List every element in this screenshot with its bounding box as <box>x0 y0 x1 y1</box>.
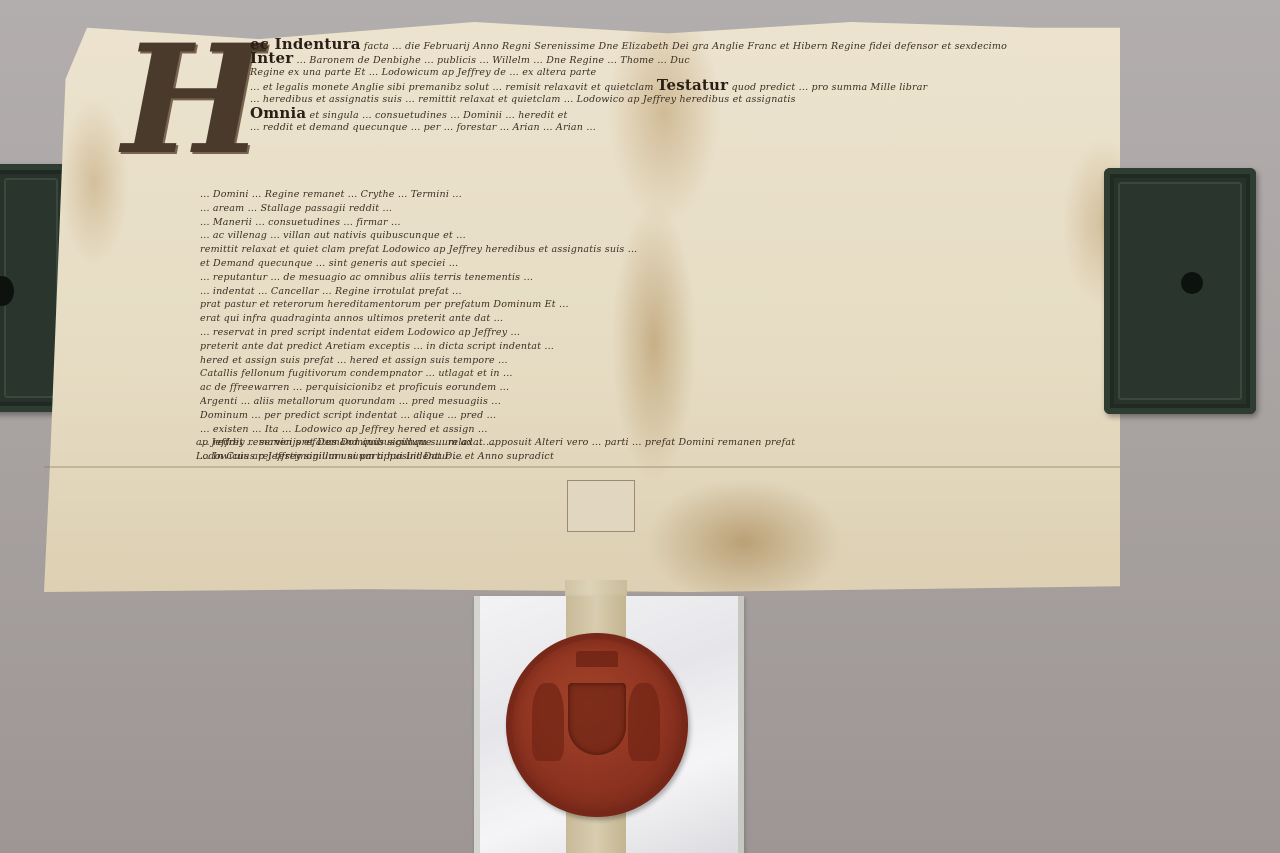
manuscript-line: Regine ex una parte Et ... Lodowicum ap … <box>250 66 1110 80</box>
manuscript-line: ap Jeffrey remanen prefatus Dominus sigi… <box>196 436 896 450</box>
manuscript-line: erat qui infra quadraginta annos ultimos… <box>200 312 1110 326</box>
manuscript-line: ... reservat in pred script indentat eid… <box>200 326 1110 340</box>
weight-panel <box>1118 182 1242 400</box>
manuscript-line: prat pastur et reterorum hereditamentoru… <box>200 298 1110 312</box>
manuscript-text-upper: ec Indentura facta ... die Februarij Ann… <box>250 38 1110 135</box>
manuscript-text-closing: ap Jeffrey remanen prefatus Dominus sigi… <box>196 436 896 464</box>
heraldic-supporter-right-icon <box>628 683 660 761</box>
manuscript-line: Omnia et singula ... consuetudines ... D… <box>250 107 1110 121</box>
heraldic-supporter-left-icon <box>532 683 564 761</box>
manuscript-line: Lodowicus ap Jeffrey sigillum suum appos… <box>196 450 896 464</box>
manuscript-line: Argenti ... aliis metallorum quorundam .… <box>200 395 1110 409</box>
manuscript-line: Dominum ... per predict script indentat … <box>200 409 1110 423</box>
crown-icon <box>576 651 618 667</box>
manuscript-line: ... heredibus et assignatis suis ... rem… <box>250 93 1110 107</box>
illuminated-initial: H <box>122 30 252 170</box>
manuscript-text-lower: ... Domini ... Regine remanet ... Crythe… <box>200 188 1110 464</box>
manuscript-line: ... ac villenag ... villan aut nativis q… <box>200 229 1110 243</box>
manuscript-line: ac de ffreewarren ... perquisicionibz et… <box>200 381 1110 395</box>
seal-tag-slot <box>567 480 635 532</box>
manuscript-line: remittit relaxat et quiet clam prefat Lo… <box>200 243 1110 257</box>
right-document-weight <box>1104 168 1256 414</box>
manuscript-line: ... Manerii ... consuetudines ... firmar… <box>200 216 1110 230</box>
manuscript-line: ... indentat ... Cancellar ... Regine ir… <box>200 285 1110 299</box>
manuscript-line: Catallis fellonum fugitivorum condempnat… <box>200 367 1110 381</box>
manuscript-line: ... reputantur ... de mesuagio ac omnibu… <box>200 271 1110 285</box>
red-wax-seal <box>506 633 688 817</box>
manuscript-line: ... Domini ... Regine remanet ... Crythe… <box>200 188 1110 202</box>
parchment-fold-line <box>44 466 1120 468</box>
manuscript-line: ... et legalis monete Anglie sibi preman… <box>250 79 1110 93</box>
manuscript-line: Inter ... Baronem de Denbighe ... public… <box>250 52 1110 66</box>
manuscript-line: ... reddit et demand quecunque ... per .… <box>250 121 1110 135</box>
manuscript-line: hered et assign suis prefat ... hered et… <box>200 354 1110 368</box>
coat-of-arms-shield-icon <box>568 683 626 755</box>
manuscript-line: ... existen ... Ita ... Lodowico ap Jeff… <box>200 423 1110 437</box>
manuscript-line: ... aream ... Stallage passagii reddit .… <box>200 202 1110 216</box>
manuscript-line: ec Indentura facta ... die Februarij Ann… <box>250 38 1110 52</box>
manuscript-line: et Demand quecunque ... sint generis aut… <box>200 257 1110 271</box>
weight-hole <box>1181 272 1203 294</box>
manuscript-line: preterit ante dat predict Aretiam except… <box>200 340 1110 354</box>
